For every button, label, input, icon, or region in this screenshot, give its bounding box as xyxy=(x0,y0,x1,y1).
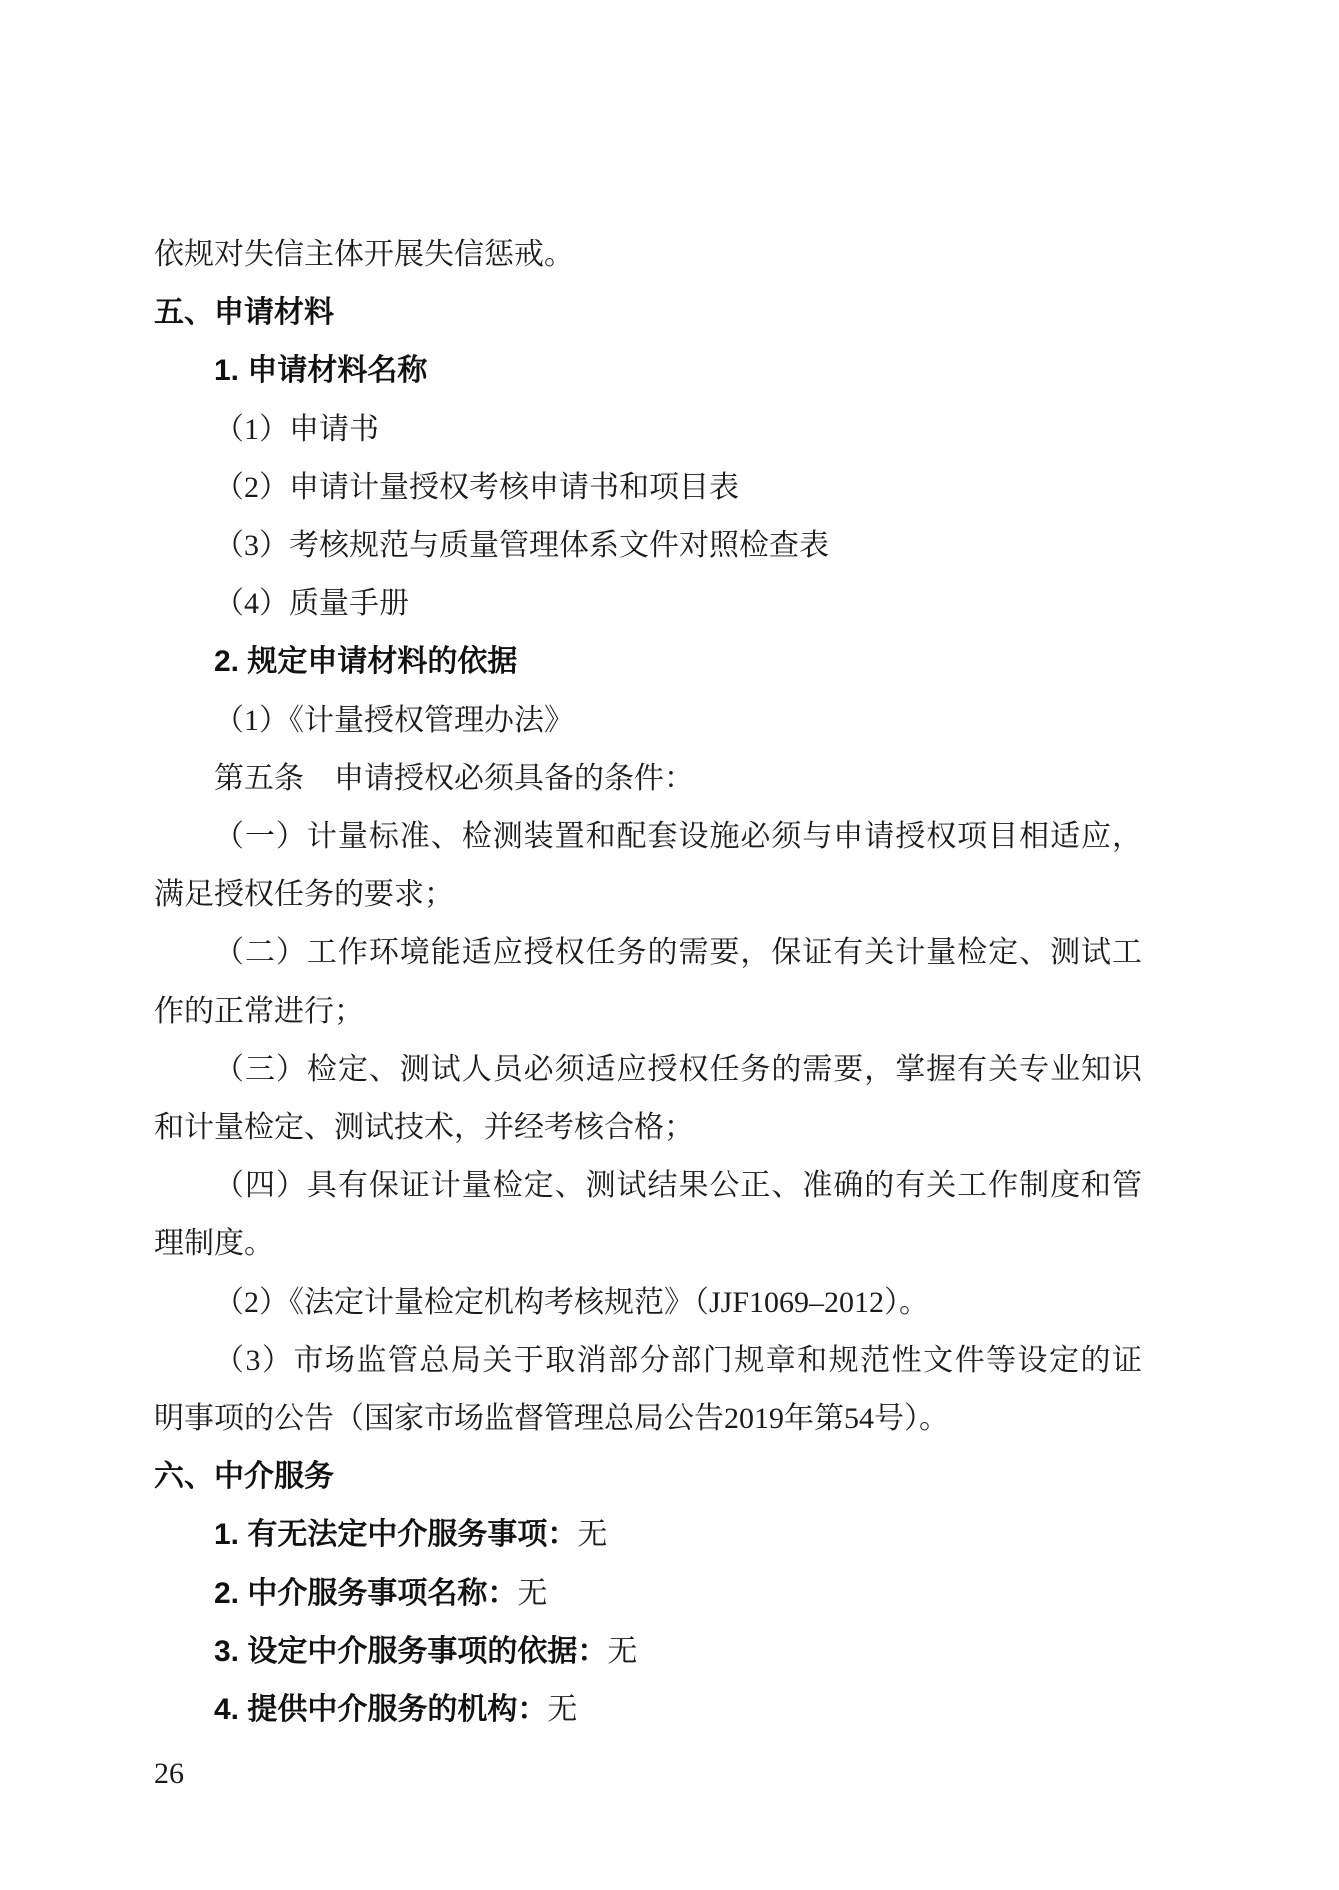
document-body: 依规对失信主体开展失信惩戒。 五、申请材料 1. 申请材料名称 （1）申请书 （… xyxy=(154,226,1142,1739)
intermediary-item-4: 4. 提供中介服务的机构：无 xyxy=(154,1681,1142,1739)
paragraph-continuation: 依规对失信主体开展失信惩戒。 xyxy=(154,226,1142,284)
list-item-1: （1）申请书 xyxy=(154,401,1142,459)
basis-item-2: （2）《法定计量检定机构考核规范》（JJF1069–2012）。 xyxy=(154,1274,1142,1332)
intermediary-item-1-label: 1. 有无法定中介服务事项： xyxy=(214,1518,577,1551)
page-number: 26 xyxy=(154,1752,184,1796)
intermediary-item-1-value: 无 xyxy=(577,1518,607,1551)
intermediary-item-2-label: 2. 中介服务事项名称： xyxy=(214,1577,517,1610)
intermediary-item-4-value: 无 xyxy=(547,1693,577,1726)
basis-item-1: （1）《计量授权管理办法》 xyxy=(154,692,1142,750)
intermediary-item-2-value: 无 xyxy=(517,1577,547,1610)
condition-1-line-2: 满足授权任务的要求； xyxy=(154,866,1142,924)
intermediary-item-3-value: 无 xyxy=(607,1635,637,1668)
condition-2-line-2: 作的正常进行； xyxy=(154,983,1142,1041)
sub-heading-material-basis: 2. 规定申请材料的依据 xyxy=(154,633,1142,691)
intermediary-item-1: 1. 有无法定中介服务事项：无 xyxy=(154,1506,1142,1564)
section-heading-application-materials: 五、申请材料 xyxy=(154,284,1142,342)
list-item-2: （2）申请计量授权考核申请书和项目表 xyxy=(154,459,1142,517)
intermediary-item-3-label: 3. 设定中介服务事项的依据： xyxy=(214,1635,607,1668)
condition-3-line-2: 和计量检定、测试技术，并经考核合格； xyxy=(154,1099,1142,1157)
list-item-3: （3）考核规范与质量管理体系文件对照检查表 xyxy=(154,517,1142,575)
intermediary-item-4-label: 4. 提供中介服务的机构： xyxy=(214,1693,547,1726)
section-heading-intermediary-services: 六、中介服务 xyxy=(154,1448,1142,1506)
basis-item-3-line-1: （3）市场监管总局关于取消部分部门规章和规范性文件等设定的证 xyxy=(154,1332,1142,1390)
basis-item-3-line-2: 明事项的公告（国家市场监督管理总局公告2019年第54号）。 xyxy=(154,1390,1142,1448)
intermediary-item-2: 2. 中介服务事项名称：无 xyxy=(154,1565,1142,1623)
condition-3-line-1: （三）检定、测试人员必须适应授权任务的需要，掌握有关专业知识 xyxy=(154,1041,1142,1099)
document-page: 依规对失信主体开展失信惩戒。 五、申请材料 1. 申请材料名称 （1）申请书 （… xyxy=(0,0,1339,1890)
condition-4-line-1: （四）具有保证计量检定、测试结果公正、准确的有关工作制度和管 xyxy=(154,1157,1142,1215)
condition-2-line-1: （二）工作环境能适应授权任务的需要，保证有关计量检定、测试工 xyxy=(154,924,1142,982)
sub-heading-material-names: 1. 申请材料名称 xyxy=(154,342,1142,400)
condition-1-line-1: （一）计量标准、检测装置和配套设施必须与申请授权项目相适应， xyxy=(154,808,1142,866)
condition-4-line-2: 理制度。 xyxy=(154,1215,1142,1273)
intermediary-item-3: 3. 设定中介服务事项的依据：无 xyxy=(154,1623,1142,1681)
list-item-4: （4）质量手册 xyxy=(154,575,1142,633)
article-five-heading: 第五条 申请授权必须具备的条件： xyxy=(154,750,1142,808)
